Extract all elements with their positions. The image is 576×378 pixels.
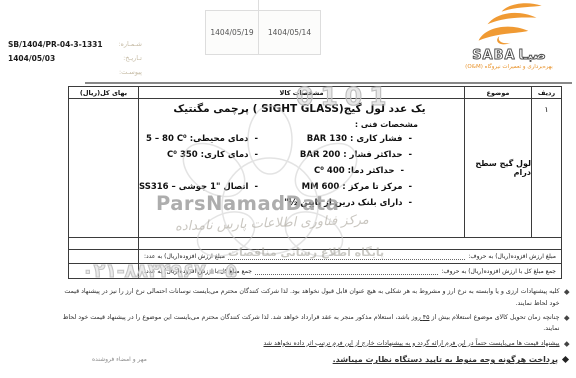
note-text: چنانچه زمان تحویل کالای موضوع استعلام بی… <box>55 312 560 335</box>
col-header-row-no: ردیف <box>531 87 561 99</box>
dash-icon: - <box>408 150 412 160</box>
spec-text: دارای بلنک درین از پایین ½" <box>284 198 402 208</box>
document-number-value: SB/1404/PR-04-3-1331 <box>8 40 103 49</box>
spacer-row-wide-cell <box>138 238 561 250</box>
spec-text: دمای کاری: 350 C⁰ <box>167 150 248 160</box>
spec-item: - اتصال "1 جوشی – SS316 <box>138 182 258 192</box>
total-words-label: جمع مبلغ کل با ارزش افزوده(ریال) به حروف… <box>441 268 556 275</box>
specs-heading: مشخصات فنی : <box>145 120 418 129</box>
spec-item: - دمای کاری: 350 C⁰ <box>138 150 258 160</box>
dash-icon: - <box>408 134 412 144</box>
vat-words-label: مبلغ ارزش افزوده(ریال) به حروف: <box>468 253 556 260</box>
brand-fa: صبـا <box>519 48 546 63</box>
spacer-row-price-cell <box>69 238 138 250</box>
dash-icon: - <box>408 198 412 208</box>
total-value-cell <box>69 264 138 278</box>
col-header-subject: موضوع <box>464 87 531 99</box>
saba-swoosh-icon <box>469 2 549 48</box>
date-cell-right: 1404/05/14 <box>259 11 320 54</box>
spec-text: فشار کاری : 130 BAR <box>307 134 403 144</box>
item-specs-cell: یک عدد لول گیج(SIGHT GLASS ) پرچمی مگنتی… <box>138 99 464 238</box>
item-row-number: ۱ <box>531 99 561 238</box>
spec-item: - دمای محیطی: ‪5 – 80 C⁰‬ <box>138 134 258 144</box>
note-delivery-time: چنانچه زمان تحویل کالای موضوع استعلام بی… <box>10 312 568 335</box>
brand-en: SABA <box>472 48 515 63</box>
document-date-label: تـاریـخ: <box>123 54 142 62</box>
dash-icon: - <box>254 150 258 160</box>
vat-dotted-line <box>228 253 465 260</box>
vat-value-cell <box>69 250 138 264</box>
note2-pre: چنانچه زمان تحویل کالای موضوع استعلام بی… <box>430 314 560 321</box>
saba-tagline: بهره‌برداری و تعمیرات نیروگاه (O&M) <box>446 64 572 70</box>
dash-icon: - <box>408 182 412 192</box>
document-attachment-row: پیوسـت: <box>8 65 142 79</box>
item-total-price-cell <box>69 99 138 238</box>
header-date-box: 1404/05/19 1404/05/14 <box>205 10 321 55</box>
diamond-bullet-icon <box>564 315 569 320</box>
spec-item: - فشار کاری : 130 BAR <box>264 134 412 144</box>
item-subject: لول گیج سطح درام <box>464 99 531 238</box>
diamond-bullet-icon <box>564 289 569 294</box>
note2-days-underlined: ۴۵ روز <box>412 314 430 321</box>
spec-text: حداکثر فشار : 200 BAR <box>300 150 403 160</box>
note-text: پیشنهاد قیمت ها می‌بایست حتماً در این فر… <box>263 338 559 350</box>
note-form-only: پیشنهاد قیمت ها می‌بایست حتماً در این فر… <box>10 338 568 350</box>
diamond-bullet-icon <box>562 356 569 363</box>
vat-digits-label: مبلغ ارزش افزوده(ریال) به عدد: <box>144 253 225 260</box>
dash-icon: - <box>400 166 404 176</box>
saba-brand-text: SABA صبـا <box>446 48 572 63</box>
spec-item-empty <box>138 198 258 208</box>
total-row-label-cell: جمع مبلغ کل با ارزش افزوده(ریال) به حروف… <box>138 264 561 278</box>
item-title: یک عدد لول گیج(SIGHT GLASS ) پرچمی مگنتی… <box>145 103 454 115</box>
vat-row-label-cell: مبلغ ارزش افزوده(ریال) به حروف: مبلغ ارز… <box>138 250 561 264</box>
document-number-label: شـمـاره: <box>118 40 142 48</box>
spec-item-empty <box>138 166 258 176</box>
document-number-row: شـمـاره: SB/1404/PR-04-3-1331 <box>8 37 142 51</box>
dash-icon: - <box>254 182 258 192</box>
spec-text: اتصال "1 جوشی – SS316 <box>139 182 249 192</box>
spec-item: - دارای بلنک درین از پایین ½" <box>264 198 412 208</box>
document-date-row: تـاریـخ: 1404/05/03 <box>8 51 142 65</box>
inquiry-table: ردیف موضوع مشخصات کالا بهای کل(ریال) ۱ ل… <box>68 86 562 279</box>
date-box-divider-tick <box>258 0 259 10</box>
note-text: کلیه پیشنهادات ارزی و یا وابسته به نرخ ا… <box>55 286 560 309</box>
total-digits-label: جمع مبلغ کل با ارزش افزوده(ریال) به عدد: <box>144 268 252 275</box>
date-cell-left: 1404/05/19 <box>206 11 259 54</box>
document-meta-fields: شـمـاره: SB/1404/PR-04-3-1331 تـاریـخ: 1… <box>8 37 142 79</box>
inquiry-table-grid: ردیف موضوع مشخصات کالا بهای کل(ریال) ۱ ل… <box>69 87 561 278</box>
document-attachment-label: پیوسـت: <box>119 68 142 76</box>
diamond-bullet-icon <box>564 341 569 346</box>
saba-logo: SABA صبـا بهره‌برداری و تعمیرات نیروگاه … <box>446 2 572 70</box>
spec-text: حداکثر دما: 400 C⁰ <box>314 166 394 176</box>
spec-item: - حداکثر فشار : 200 BAR <box>264 150 412 160</box>
inquiry-document-page: شـمـاره: SB/1404/PR-04-3-1331 تـاریـخ: 1… <box>0 0 576 378</box>
spec-text: مرکز تا مرکز : 600 MM <box>302 182 403 192</box>
spec-text: دمای محیطی: ‪5 – 80 C⁰‬ <box>146 134 249 144</box>
specs-list: - فشار کاری : 130 BAR - دمای محیطی: ‪5 –… <box>145 134 412 208</box>
total-dotted-line <box>255 267 438 275</box>
col-header-specs: مشخصات کالا <box>138 87 464 99</box>
note-currency: کلیه پیشنهادات ارزی و یا وابسته به نرخ ا… <box>10 286 568 309</box>
dash-icon: - <box>254 134 258 144</box>
header-divider-rule <box>85 82 572 84</box>
spec-item: - مرکز تا مرکز : 600 MM <box>264 182 412 192</box>
col-header-total-price: بهای کل(ریال) <box>69 87 138 99</box>
document-date-value: 1404/05/03 <box>8 54 55 63</box>
seller-seal-signature-label: مهر و امضاء فروشنده <box>92 356 147 363</box>
spec-item: - حداکثر دما: 400 C⁰ <box>264 166 404 176</box>
note-text: پرداخت هرگونه وجه منوط به تایید دستگاه ن… <box>333 353 558 368</box>
